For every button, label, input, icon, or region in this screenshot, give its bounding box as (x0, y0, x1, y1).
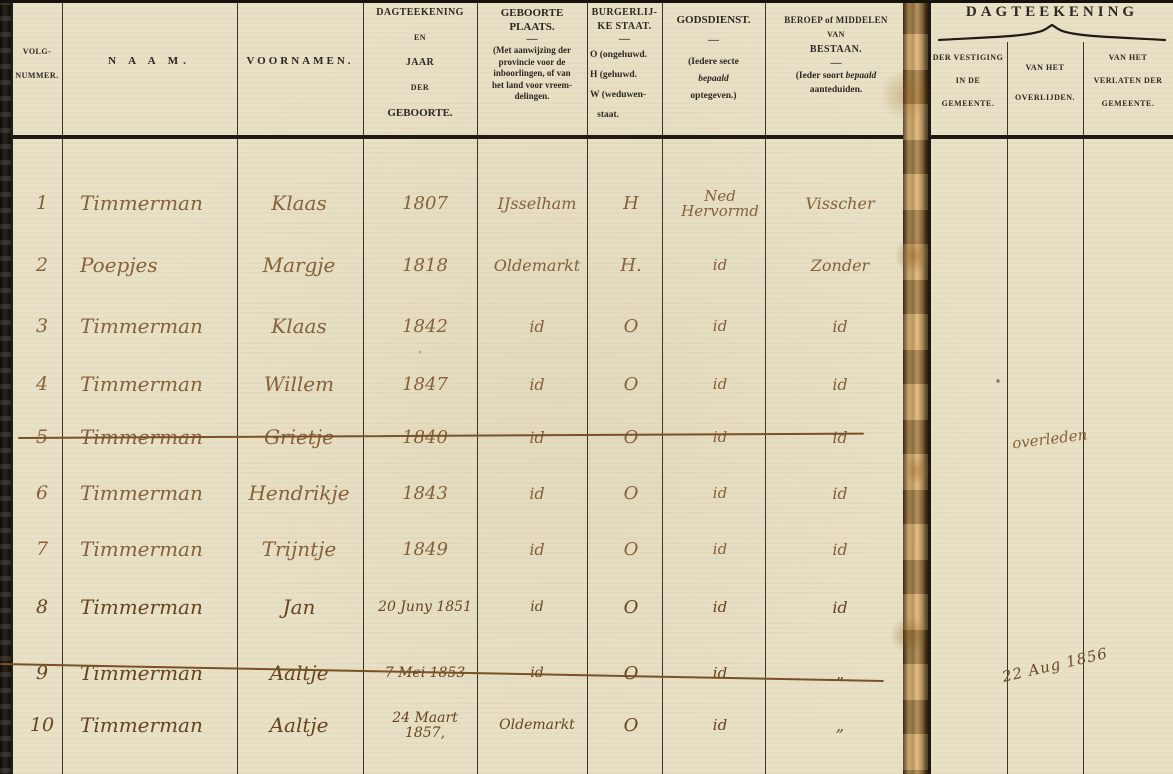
table-row: 4 Timmerman Willem 1847 id O id id (12, 357, 903, 412)
register-rows: 1 Timmerman Klaas 1807 IJsselham H Ned H… (12, 0, 903, 774)
cell-burgerlijke-staat: O (591, 698, 671, 753)
table-row: 5 Timmerman Grietje 1840 id O id id (12, 410, 903, 465)
cell-geboorteplaats: IJsselham (479, 176, 595, 231)
cell-godsdienst: Ned Hervormd (667, 176, 773, 231)
cell-geboorteplaats: id (479, 299, 595, 354)
population-register-scan: VOLG- NUMMER. N A A M. VOORNAMEN. DAGTEE… (0, 0, 1173, 774)
table-row: 2 Poepjes Margje 1818 Oldemarkt H. id Zo… (12, 238, 903, 293)
cell-volgnummer: 7 (20, 522, 64, 577)
cell-voornamen: Trijntje (230, 522, 368, 577)
column-divider (1007, 42, 1008, 774)
cell-volgnummer: 8 (20, 580, 64, 635)
cell-geboortedatum: 20 Juny 1851 (365, 580, 485, 635)
cell-voornamen: Jan (230, 580, 368, 635)
cell-volgnummer: 10 (20, 698, 64, 753)
cell-beroep: id (770, 410, 910, 465)
cell-godsdienst: id (667, 698, 773, 753)
cell-godsdienst: id (667, 466, 773, 521)
cell-voornamen: Hendrikje (230, 466, 368, 521)
cell-beroep: id (770, 522, 910, 577)
cell-burgerlijke-staat: O (591, 646, 671, 701)
cell-geboortedatum: 1840 (365, 410, 485, 465)
cell-godsdienst: id (667, 580, 773, 635)
cell-voornamen: Margje (230, 238, 368, 293)
cell-voornamen: Willem (230, 357, 368, 412)
cell-voornamen: Aaltje (230, 646, 368, 701)
table-row: 7 Timmerman Trijntje 1849 id O id id (12, 522, 903, 577)
cell-volgnummer: 6 (20, 466, 64, 521)
cell-volgnummer: 3 (20, 299, 64, 354)
header-verlaten: VAN HET VERLATEN DER GEMEENTE. (1084, 52, 1172, 110)
cell-geboorteplaats: Oldemarkt (479, 238, 595, 293)
overlijden-note-row5: overleden (1011, 425, 1088, 452)
cell-godsdienst: id (667, 299, 773, 354)
cell-voornamen: Klaas (230, 176, 368, 231)
cell-volgnummer: 2 (20, 238, 64, 293)
cell-burgerlijke-staat: O (591, 522, 671, 577)
cell-geboorteplaats: id (479, 580, 595, 635)
cell-godsdienst: id (667, 522, 773, 577)
header-overlijden: VAN HET OVERLIJDEN. (1008, 62, 1082, 104)
cell-godsdienst: id (667, 238, 773, 293)
cell-geboortedatum: 1843 (365, 466, 485, 521)
cell-beroep: „ (770, 698, 910, 753)
cell-naam: Timmerman (70, 698, 252, 753)
cell-geboorteplaats: id (479, 466, 595, 521)
cell-burgerlijke-staat: H (591, 176, 671, 231)
cell-beroep: id (770, 357, 910, 412)
cell-burgerlijke-staat: O (591, 466, 671, 521)
cell-naam: Timmerman (70, 176, 252, 231)
cell-geboortedatum: 1849 (365, 522, 485, 577)
cell-geboortedatum: 1807 (365, 176, 485, 231)
cell-geboorteplaats: id (479, 410, 595, 465)
cell-burgerlijke-staat: O (591, 410, 671, 465)
cell-beroep: Visscher (770, 176, 910, 231)
curly-brace (936, 24, 1168, 42)
cell-voornamen: Klaas (230, 299, 368, 354)
overlijden-note-row9: 22 Aug 1856 (1000, 644, 1109, 686)
table-row: 6 Timmerman Hendrikje 1843 id O id id (12, 466, 903, 521)
cell-volgnummer: 9 (20, 646, 64, 701)
cell-beroep: id (770, 299, 910, 354)
cell-geboortedatum: 1847 (365, 357, 485, 412)
cell-volgnummer: 1 (20, 176, 64, 231)
cell-burgerlijke-staat: O (591, 299, 671, 354)
cell-godsdienst: id (667, 357, 773, 412)
cell-volgnummer: 4 (20, 357, 64, 412)
table-row: 1 Timmerman Klaas 1807 IJsselham H Ned H… (12, 176, 903, 231)
cell-naam: Timmerman (70, 466, 252, 521)
table-row: 10 Timmerman Aaltje 24 Maart 1857, Oldem… (12, 698, 903, 753)
cell-burgerlijke-staat: H. (591, 238, 671, 293)
cell-beroep: id (770, 466, 910, 521)
cell-burgerlijke-staat: O (591, 580, 671, 635)
cell-voornamen: Aaltje (230, 698, 368, 753)
cell-godsdienst: id (667, 646, 773, 701)
cell-naam: Poepjes (70, 238, 252, 293)
cell-godsdienst: id (667, 410, 773, 465)
cell-geboortedatum: 24 Maart 1857, (365, 698, 485, 753)
cell-naam: Timmerman (70, 357, 252, 412)
cell-geboorteplaats: id (479, 522, 595, 577)
book-binding (0, 0, 11, 774)
table-row: 9 Timmerman Aaltje 7 Mei 1853 id O id „ (12, 646, 903, 701)
cell-naam: Timmerman (70, 580, 252, 635)
cell-beroep: „ (770, 646, 910, 701)
cell-geboortedatum: 1842 (365, 299, 485, 354)
cell-burgerlijke-staat: O (591, 357, 671, 412)
cell-naam: Timmerman (70, 299, 252, 354)
cell-geboorteplaats: id (479, 357, 595, 412)
cell-naam: Timmerman (70, 522, 252, 577)
cell-beroep: Zonder (770, 238, 910, 293)
table-row: 8 Timmerman Jan 20 Juny 1851 id O id id (12, 580, 903, 635)
cell-naam: Timmerman (70, 646, 252, 701)
cell-beroep: id (770, 580, 910, 635)
cell-geboorteplaats: Oldemarkt (479, 698, 595, 753)
table-row: 3 Timmerman Klaas 1842 id O id id (12, 299, 903, 354)
header-vestiging: DER VESTIGING IN DE GEMEENTE. (930, 52, 1006, 110)
right-page-edge (928, 0, 931, 774)
right-header-rule (929, 135, 1173, 139)
right-header-title: DAGTEEKENING (931, 6, 1173, 18)
cell-geboortedatum: 1818 (365, 238, 485, 293)
